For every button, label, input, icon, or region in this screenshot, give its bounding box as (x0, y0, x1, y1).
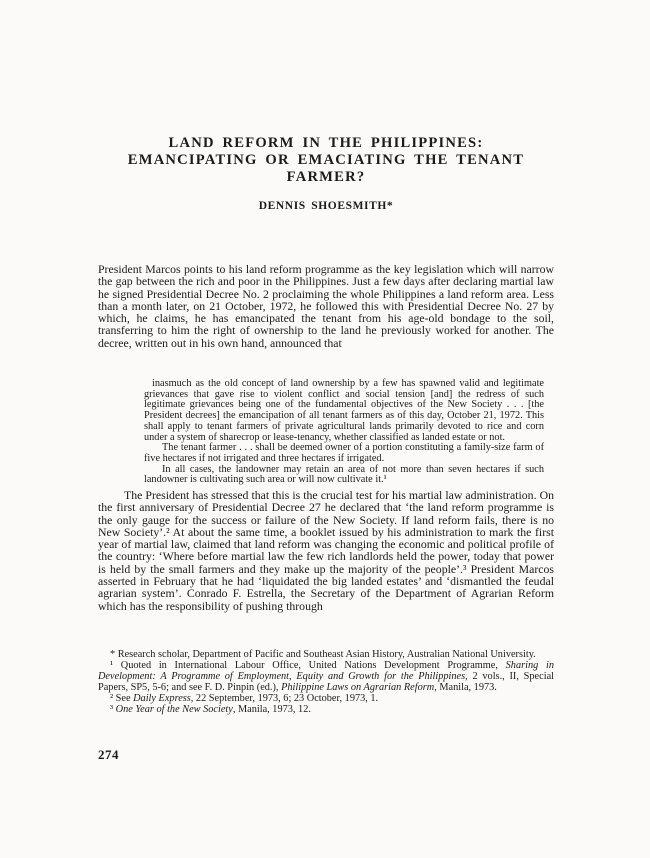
body-paragraph-2: The President has stressed that this is … (98, 489, 554, 612)
blockquote-paragraph-1: inasmuch as the old concept of land owne… (144, 379, 544, 443)
footnote-1: ¹ Quoted in International Labour Office,… (98, 661, 554, 694)
article-title-line-3: FARMER? (88, 169, 564, 186)
footnote-section: * Research scholar, Department of Pacifi… (98, 650, 554, 715)
article-title-line-1: LAND REFORM IN THE PHILIPPINES: (88, 135, 564, 152)
article-title: LAND REFORM IN THE PHILIPPINES: EMANCIPA… (88, 135, 564, 187)
page-number: 274 (98, 747, 119, 763)
article-title-line-2: EMANCIPATING OR EMACIATING THE TENANT (88, 152, 564, 169)
scanned-journal-page: LAND REFORM IN THE PHILIPPINES: EMANCIPA… (0, 0, 650, 858)
decree-blockquote: inasmuch as the old concept of land owne… (144, 379, 544, 486)
author-byline: DENNIS SHOESMITH* (98, 200, 554, 212)
blockquote-paragraph-3: In all cases, the landowner may retain a… (144, 465, 544, 486)
footnote-3: ³ One Year of the New Society, Manila, 1… (98, 705, 554, 716)
body-paragraph-1: President Marcos points to his land refo… (98, 263, 554, 349)
blockquote-paragraph-2: The tenant farmer . . . shall be deemed … (144, 443, 544, 464)
